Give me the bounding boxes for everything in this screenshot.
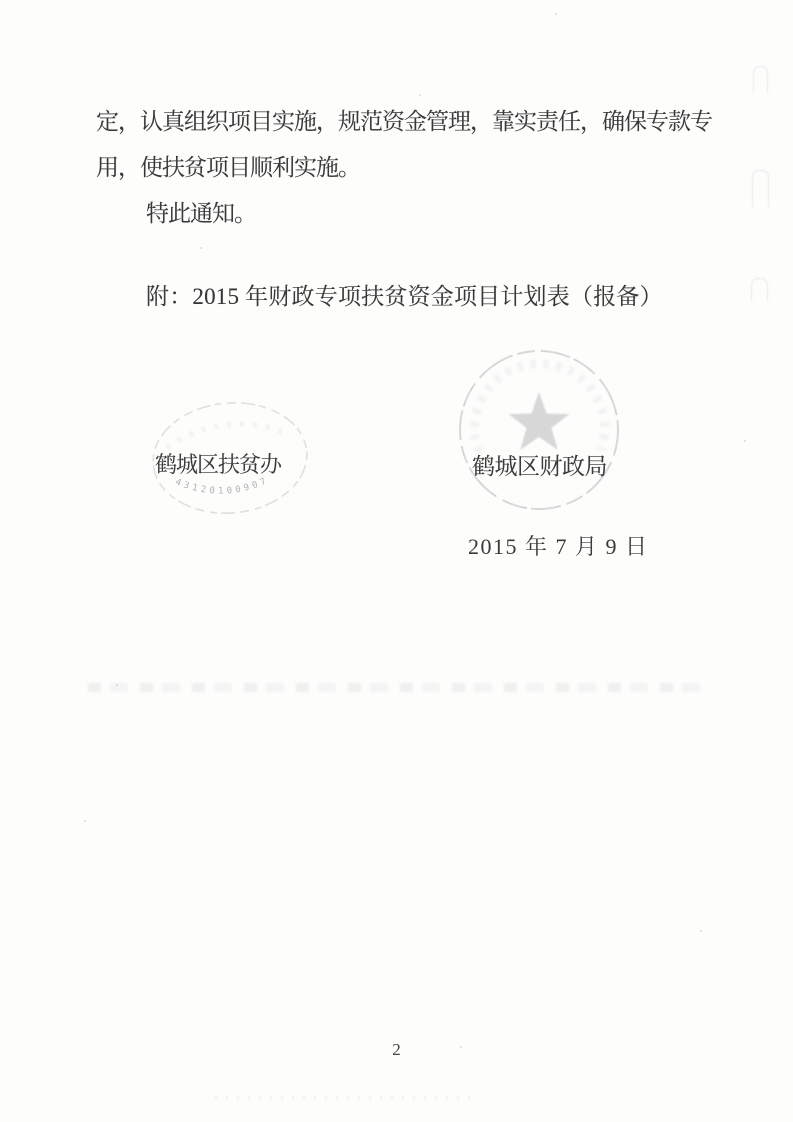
scan-speck xyxy=(419,94,421,96)
body-line-1: 定，认真组织项目实施，规范资金管理，靠实责任，确保专款专 xyxy=(96,99,720,145)
star-icon xyxy=(509,392,570,450)
signature-date: 2015 年 7 月 9 日 xyxy=(468,530,649,561)
seal-top-text-ghost xyxy=(165,419,290,447)
document-page: 定，认真组织项目实施，规范资金管理，靠实责任，确保专款专 用，使扶贫项目顺利实施… xyxy=(0,0,793,1122)
signature-org-right: 鹤城区财政局 xyxy=(472,448,607,481)
body-line-2: 用，使扶贫项目顺利实施。 xyxy=(96,145,720,191)
bleed-through-dots xyxy=(215,1096,477,1100)
body-line-3: 特此通知。 xyxy=(96,191,720,237)
scan-speck xyxy=(84,820,86,822)
page-number: 2 xyxy=(0,1040,793,1060)
scan-speck xyxy=(744,440,746,442)
scan-speck xyxy=(700,930,702,932)
scan-speck xyxy=(116,684,118,686)
edge-ghost-mark xyxy=(753,66,768,93)
edge-ghost-mark xyxy=(752,170,769,207)
bleed-through-band xyxy=(88,683,710,692)
official-seal-round xyxy=(455,348,625,520)
attachment-line: 附：2015 年财政专项扶贫资金项目计划表（报备） xyxy=(146,278,663,311)
signature-org-left: 鹤城区扶贫办 xyxy=(155,448,281,479)
scan-speck xyxy=(555,13,557,15)
scan-speck xyxy=(200,247,202,249)
edge-ghost-mark xyxy=(751,278,768,301)
body-paragraph: 定，认真组织项目实施，规范资金管理，靠实责任，确保专款专 用，使扶贫项目顺利实施… xyxy=(96,99,720,237)
